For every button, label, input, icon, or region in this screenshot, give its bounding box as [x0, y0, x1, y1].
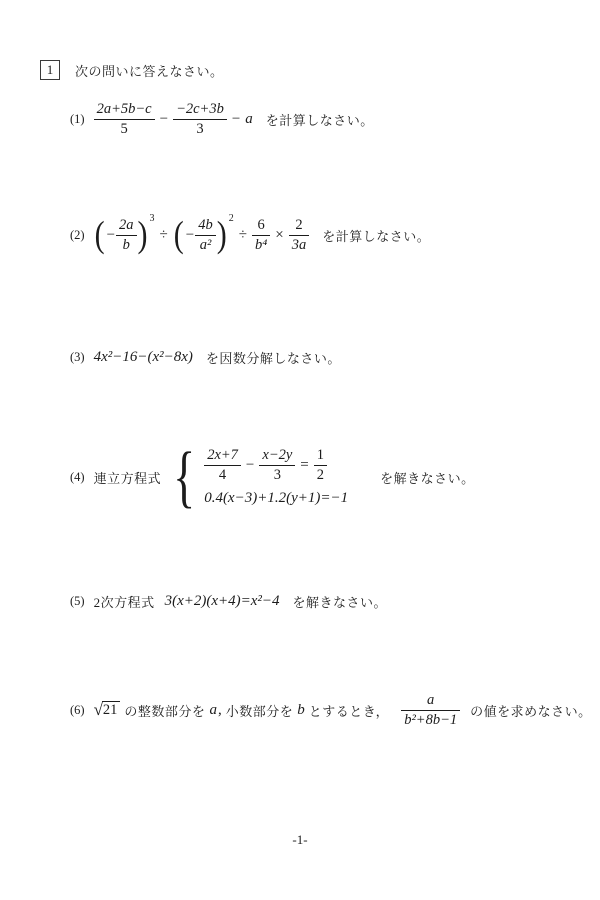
fraction: 6 b⁴: [252, 217, 270, 253]
problem-6-label: (6): [70, 703, 85, 718]
fraction: 2a b: [116, 217, 137, 253]
fraction-bar: [94, 119, 155, 120]
page-number: -1-: [0, 832, 600, 848]
fraction-numerator: −2c+3b: [173, 101, 227, 118]
multiply-operator: ×: [274, 227, 284, 244]
equation-1: 2x+7 4 − x−2y 3 = 1 2: [204, 447, 327, 483]
problem-3-instruction: を因数分解しなさい。: [206, 348, 341, 367]
fraction: 2 3a: [289, 217, 310, 253]
fraction: 2a+5b−c 5: [94, 101, 155, 137]
fraction-denominator: b⁴: [252, 237, 270, 254]
fraction-denominator: a²: [197, 237, 215, 254]
section-prompt: 次の問いに答えなさい。: [75, 61, 224, 80]
minus-operator: −: [159, 111, 169, 128]
problem-5: (5) 2次方程式 3(x+2)(x+4)=x²−4 を解きなさい。: [70, 592, 387, 611]
fraction-numerator: 4b: [195, 217, 216, 234]
expression: 3(x+2)(x+4)=x²−4: [165, 593, 280, 610]
variable-a: a: [209, 702, 217, 719]
fraction-denominator: 2: [314, 467, 327, 484]
fraction-denominator: 3: [271, 467, 284, 484]
section-number-box: 1: [40, 60, 60, 80]
fraction-denominator: 3a: [289, 237, 310, 254]
fraction: −2c+3b 3: [173, 101, 227, 137]
problem-5-label: (5): [70, 594, 85, 609]
section-header: 1 次の問いに答えなさい。: [40, 60, 224, 80]
problem-4-instruction: を解きなさい。: [380, 468, 475, 487]
minus-sign: −: [106, 227, 116, 244]
fraction-denominator: b: [120, 237, 133, 254]
problem-2-label: (2): [70, 228, 85, 243]
fraction-numerator: 6: [255, 217, 268, 234]
variable-a: a: [245, 111, 253, 128]
fraction-bar: [204, 465, 241, 466]
divide-operator: ÷: [159, 227, 169, 244]
problem-6: (6) √ 21 の整数部分を a , 小数部分を b とするとき， a b²+…: [70, 692, 592, 728]
fraction: a b²+8b−1: [401, 692, 460, 728]
fraction-denominator: 3: [193, 121, 206, 138]
square-root: √ 21: [94, 701, 121, 719]
fraction-bar: [116, 235, 137, 236]
minus-operator: −: [245, 457, 255, 474]
minus-sign: −: [185, 227, 195, 244]
problem-6-instruction: の値を求めなさい。: [470, 701, 592, 720]
problem-4-lead: 連立方程式: [94, 468, 162, 487]
exponent: 3: [150, 214, 155, 224]
problem-4: (4) 連立方程式 { 2x+7 4 − x−2y 3 = 1: [70, 447, 475, 507]
radicand: 21: [102, 701, 121, 719]
fraction: x−2y 3: [259, 447, 295, 483]
left-paren: (: [173, 216, 185, 254]
fraction-bar: [401, 710, 460, 711]
problem-2: (2) ( − 2a b ) 3 ÷ ( − 4b a² ) 2 ÷: [70, 217, 430, 253]
divide-operator: ÷: [238, 227, 248, 244]
fraction-bar: [252, 235, 270, 236]
fraction-numerator: 2x+7: [204, 447, 241, 464]
problem-1-instruction: を計算しなさい。: [266, 110, 374, 129]
fraction-numerator: x−2y: [259, 447, 295, 464]
fraction-numerator: 2: [292, 217, 305, 234]
fraction-bar: [259, 465, 295, 466]
paren-group: ( − 2a b ) 3: [94, 217, 155, 253]
fraction-numerator: a: [424, 692, 437, 709]
fraction-numerator: 1: [314, 447, 327, 464]
fraction-denominator: 4: [216, 467, 229, 484]
fraction: 4b a²: [195, 217, 216, 253]
problem-5-instruction: を解きなさい。: [293, 592, 388, 611]
problem-6-text-1: の整数部分を: [124, 701, 205, 720]
right-paren: ): [216, 216, 228, 254]
fraction-numerator: 2a: [116, 217, 137, 234]
equals-sign: =: [299, 457, 309, 474]
problem-1-label: (1): [70, 112, 85, 127]
problem-6-text-3: とするとき，: [309, 701, 389, 720]
fraction-bar: [173, 119, 227, 120]
fraction-denominator: b²+8b−1: [401, 712, 460, 729]
fraction-bar: [314, 465, 327, 466]
equation-2: 0.4(x−3)+1.2(y+1)=−1: [204, 490, 348, 507]
comma-separator: ,: [218, 702, 222, 719]
problem-1: (1) 2a+5b−c 5 − −2c+3b 3 − a を計算しなさい。: [70, 101, 374, 137]
problem-5-lead: 2次方程式: [94, 592, 155, 611]
minus-operator: −: [231, 111, 241, 128]
problem-4-label: (4): [70, 470, 85, 485]
fraction: 2x+7 4: [204, 447, 241, 483]
fraction-bar: [195, 235, 216, 236]
problem-3-label: (3): [70, 350, 85, 365]
equation-system: 2x+7 4 − x−2y 3 = 1 2 0.4(x−3)+1.2(y+1)=…: [204, 447, 348, 507]
problem-3: (3) 4x²−16−(x²−8x) を因数分解しなさい。: [70, 348, 341, 367]
paren-group: ( − 4b a² ) 2: [173, 217, 234, 253]
fraction-denominator: 5: [117, 121, 130, 138]
problem-2-instruction: を計算しなさい。: [322, 226, 430, 245]
system-brace: {: [173, 443, 195, 512]
variable-b: b: [297, 702, 305, 719]
left-paren: (: [94, 216, 106, 254]
fraction: 1 2: [314, 447, 327, 483]
fraction-numerator: 2a+5b−c: [94, 101, 155, 118]
fraction-bar: [289, 235, 310, 236]
expression: 4x²−16−(x²−8x): [94, 349, 193, 366]
problem-6-text-2: 小数部分を: [226, 701, 294, 720]
right-paren: ): [137, 216, 149, 254]
exponent: 2: [229, 214, 234, 224]
exam-page: 1 次の問いに答えなさい。 (1) 2a+5b−c 5 − −2c+3b 3 −…: [0, 0, 600, 900]
